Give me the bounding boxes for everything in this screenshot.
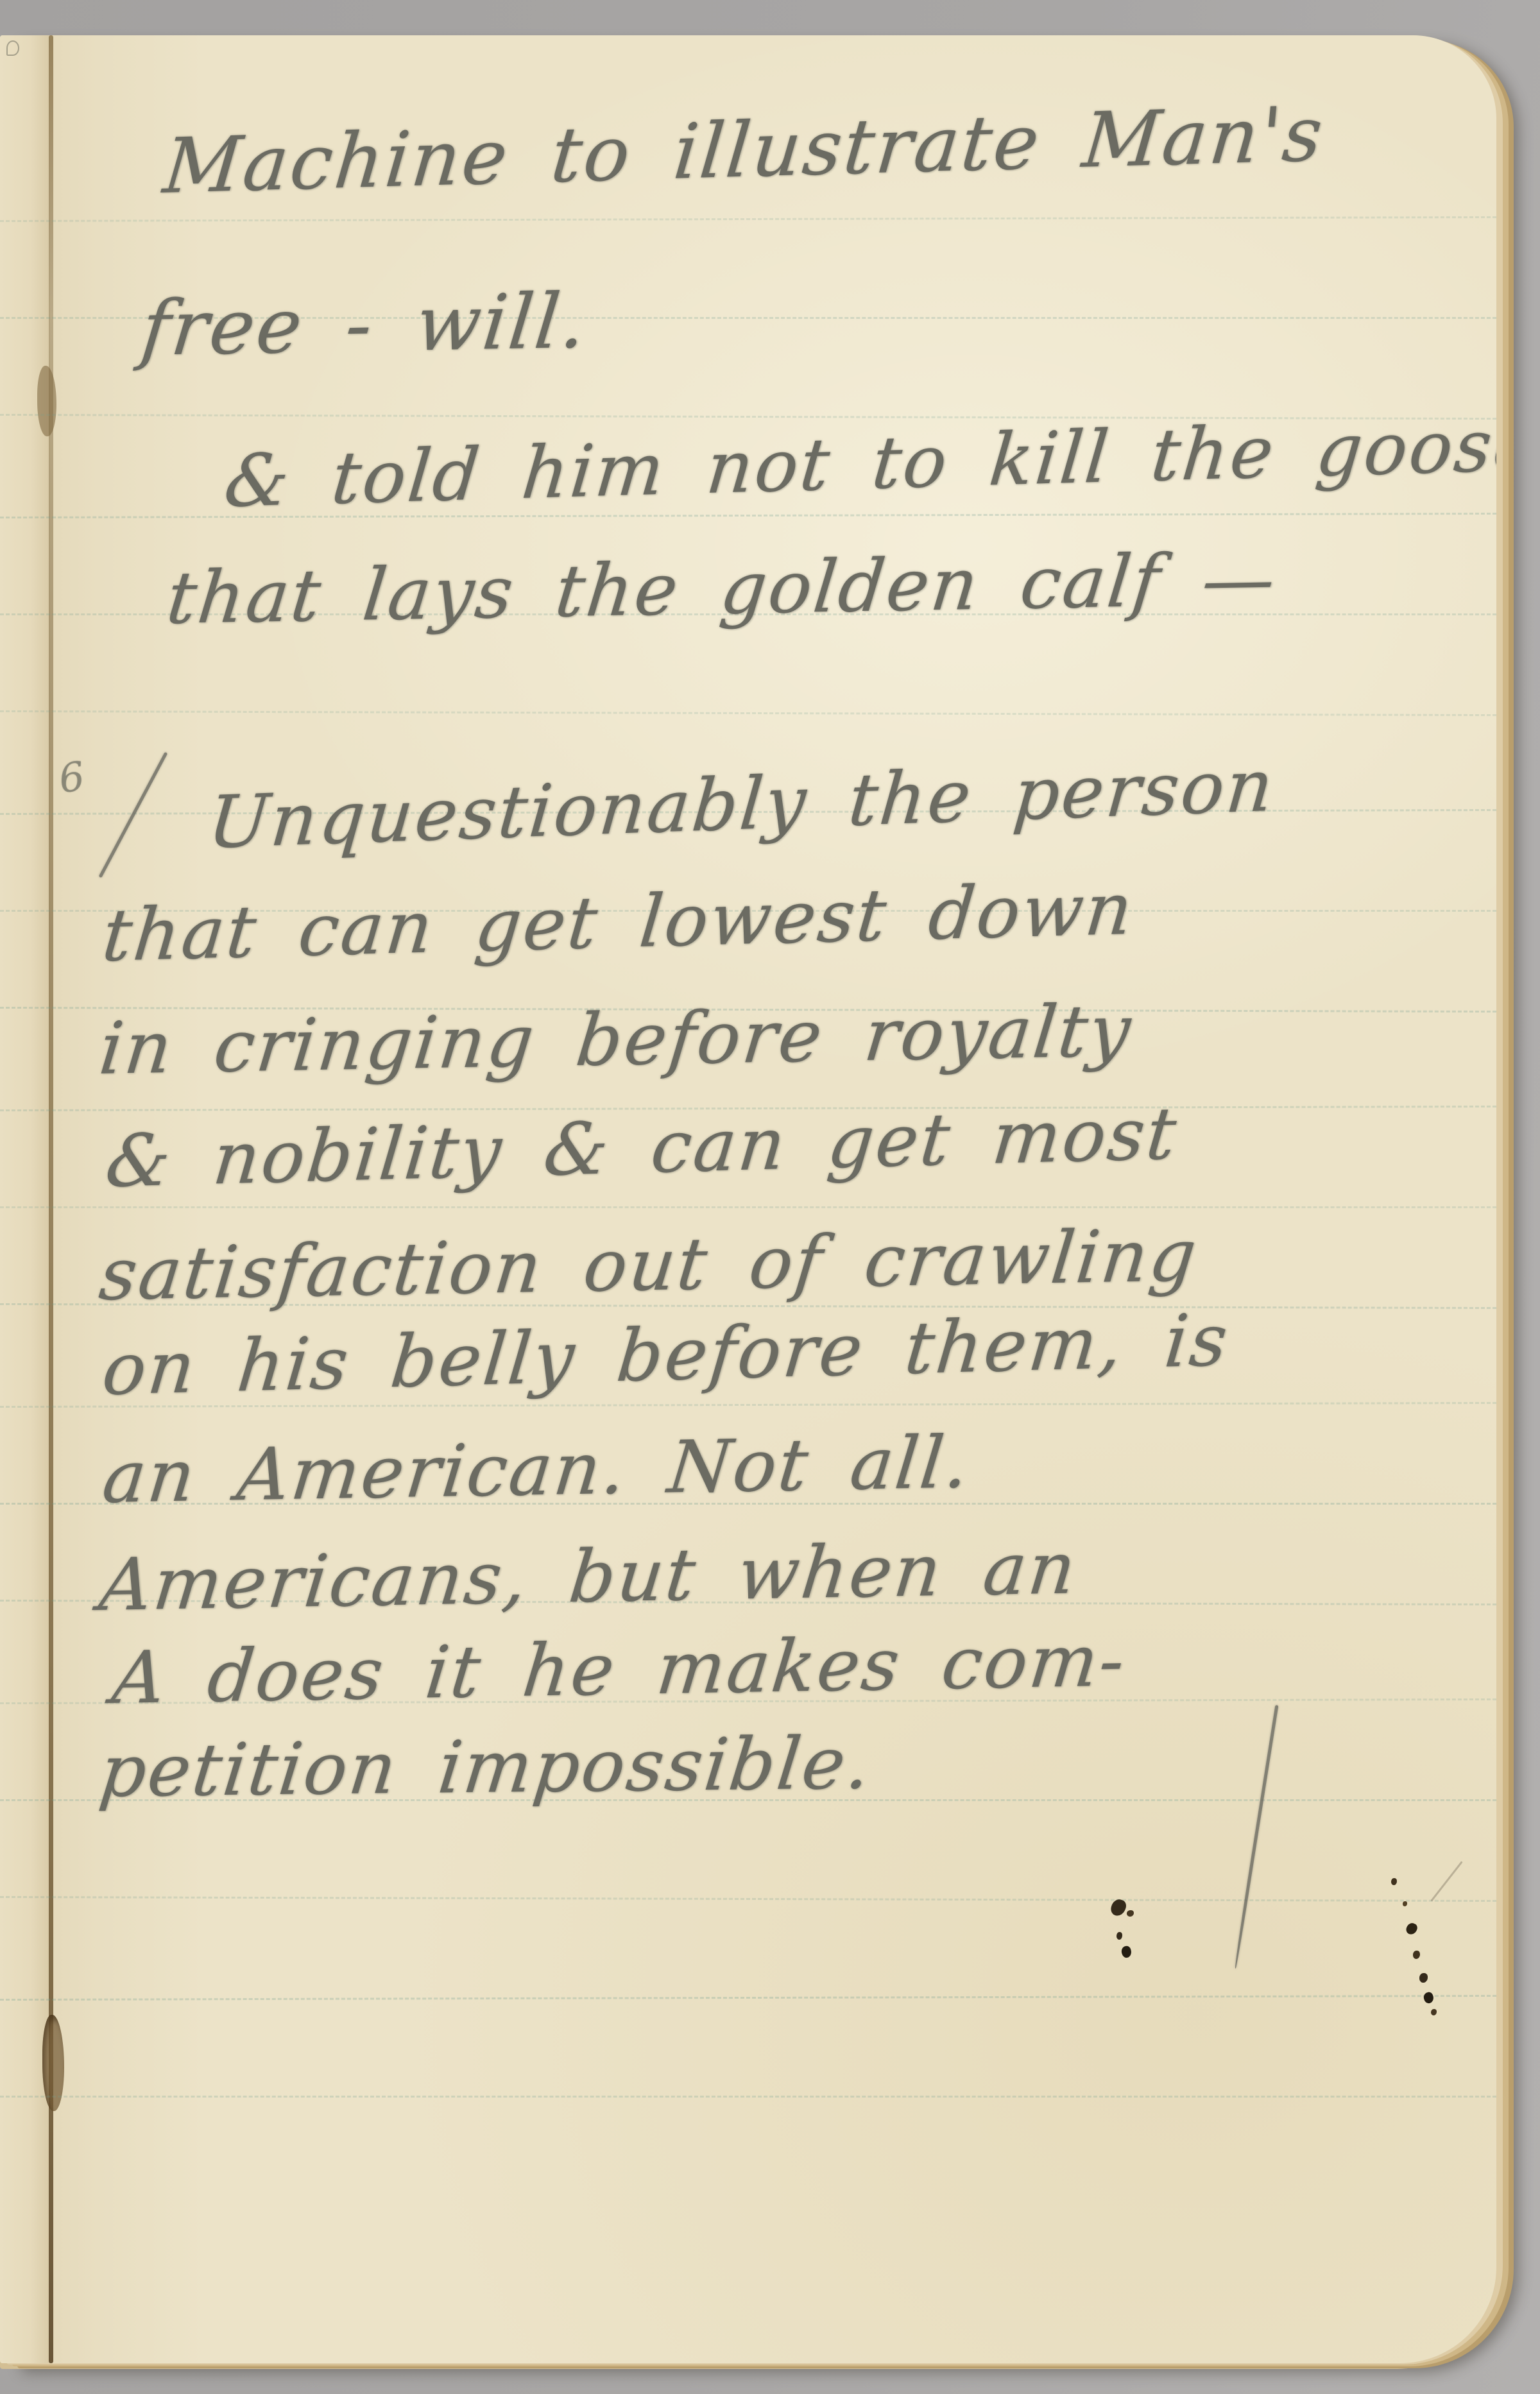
ink-blot bbox=[1413, 1951, 1420, 1959]
handwriting-line: on his belly before them, is bbox=[99, 1304, 1232, 1406]
notebook-page: 6 Machine to illustrate Man's free - wil… bbox=[0, 35, 1496, 2363]
handwriting-line: & told him not to kill the goose bbox=[221, 409, 1496, 518]
handwriting-line: free - will. bbox=[138, 283, 592, 366]
notebook-scan: 6 Machine to illustrate Man's free - wil… bbox=[0, 0, 1540, 2394]
paper-tear bbox=[37, 366, 56, 436]
handwriting-line: petition impossible. bbox=[96, 1727, 876, 1808]
handwriting-line: satisfaction out of crawling bbox=[96, 1220, 1201, 1311]
paragraph-open-slash bbox=[99, 752, 168, 878]
handwriting-line: that can get lowest down bbox=[99, 873, 1137, 972]
ruled-line bbox=[0, 216, 1496, 222]
ink-blot bbox=[1120, 1945, 1133, 1958]
handwriting-line: A does it he makes com- bbox=[109, 1625, 1129, 1714]
handwriting-line: Americans, but when an bbox=[96, 1532, 1081, 1621]
ink-blot bbox=[1116, 1932, 1122, 1940]
ruled-line bbox=[0, 2096, 1496, 2098]
ink-blot bbox=[1391, 1878, 1397, 1885]
pencil-scratch bbox=[1430, 1861, 1462, 1901]
ink-blot bbox=[1403, 1901, 1407, 1906]
ink-blot bbox=[1423, 1991, 1435, 2005]
handwriting-line: Machine to illustrate Man's bbox=[160, 96, 1328, 204]
ruled-line bbox=[0, 1995, 1496, 2001]
paragraph-close-slash bbox=[1234, 1705, 1279, 1969]
handwriting-line: an American. Not all. bbox=[99, 1426, 974, 1514]
ink-blot bbox=[1431, 2009, 1437, 2015]
ink-blot bbox=[1405, 1921, 1419, 1936]
handwriting-line: that lays the golden calf — bbox=[164, 543, 1280, 635]
ink-blot bbox=[1419, 1973, 1428, 1983]
ruled-line bbox=[0, 1206, 1496, 1208]
ruled-line bbox=[0, 1896, 1496, 1902]
handwriting-line: in cringing before royalty bbox=[96, 995, 1136, 1085]
handwriting-line: Unquestionably the person bbox=[205, 750, 1278, 859]
paper-fiber-curl bbox=[6, 40, 19, 56]
ink-blot bbox=[1127, 1910, 1134, 1917]
ruled-line bbox=[0, 710, 1496, 716]
margin-note: 6 bbox=[56, 753, 87, 803]
handwriting-line: & nobility & can get most bbox=[103, 1098, 1181, 1198]
